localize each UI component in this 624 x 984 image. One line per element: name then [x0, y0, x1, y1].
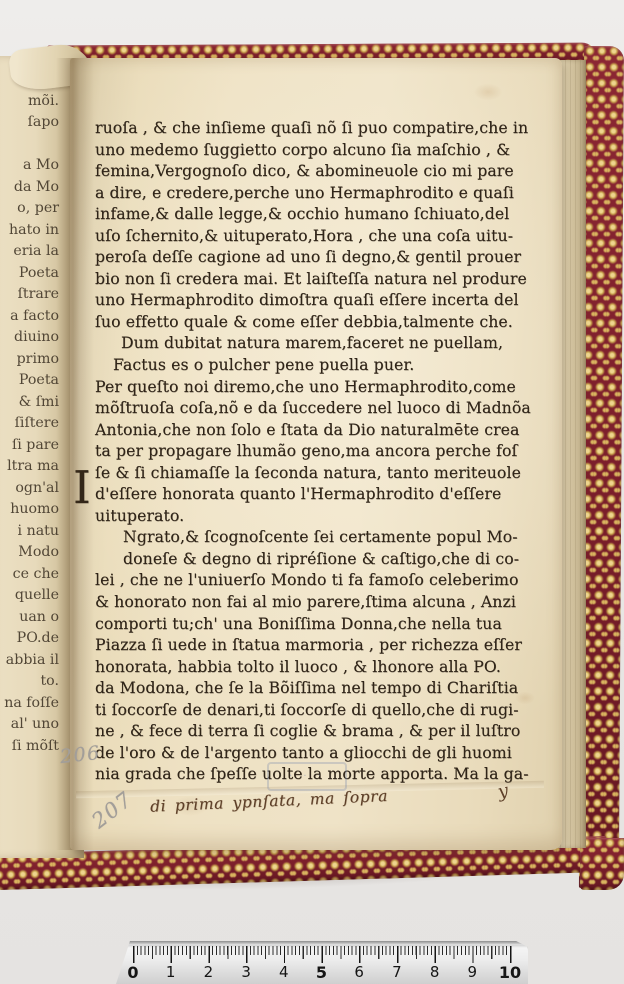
fore-edge-fragment: diuino — [0, 327, 62, 349]
fore-edge-fragment: ſi pare — [0, 434, 62, 456]
fore-edge-fragment: ltra ma — [0, 456, 62, 478]
ruler-number: 8 — [423, 963, 447, 981]
ruler-number: 3 — [234, 963, 258, 981]
ruler-cm-ticks — [133, 946, 513, 963]
printed-line: ruoſa , & che inſieme quaſi nõ ſi puo co… — [95, 117, 547, 139]
printed-line: infame,& dalle legge,& occhio humano ſch… — [95, 203, 547, 225]
ruler-number: 7 — [385, 963, 409, 981]
ruler-number: 5 — [310, 963, 334, 982]
printed-line: femina,Vergognoſo dico, & abomineuole ci… — [95, 160, 547, 182]
printed-line: peroſa deſſe cagione ad uno ſi degno,& g… — [95, 246, 547, 268]
printed-line: d'eſſere honorata quanto l'Hermaphrodito… — [95, 483, 547, 505]
fore-edge-fragment: Poeta — [0, 262, 62, 284]
drop-cap-initial: I — [73, 466, 91, 509]
fore-edge-fragment: quelle — [0, 585, 62, 607]
ruler-number: 9 — [460, 963, 484, 981]
ruler-number: 0 — [121, 963, 145, 982]
fore-edge-fragment: Poeta — [0, 370, 62, 392]
ruler-top-edge — [116, 941, 528, 945]
fore-edge-fragment: eria la — [0, 241, 62, 263]
printed-line: uſo ſchernito,& uituperato,Hora , che un… — [95, 225, 547, 247]
ruler-number: 10 — [498, 963, 522, 982]
fore-edge-fragment: ogn'al — [0, 477, 62, 499]
fore-edge-fragment: to. — [0, 671, 62, 693]
printed-line: da Modona, che ſe la Bõiſſima nel tempo … — [95, 677, 547, 699]
fore-edge-fragment: a facto — [0, 305, 62, 327]
fore-edge-fragment: Modo — [0, 542, 62, 564]
printed-line: de l'oro & de l'argento tanto a gliocchi… — [95, 742, 547, 764]
faint-library-stamp: · · · — [267, 762, 347, 791]
printed-line: uno Hermaphrodito dimoſtra quaſi eſſere … — [95, 289, 547, 311]
printed-line: Piazza ſi uede in ſtatua marmoria , per … — [95, 634, 547, 656]
centimeter-ruler: 012345678910 — [116, 941, 528, 984]
fore-edge-fragment: na foſſe — [0, 692, 62, 714]
ruler-number: 2 — [196, 963, 220, 981]
fore-edge-fragment: ſapo — [0, 112, 62, 134]
printed-line: doneſe & degno di ripréſione & caſtigo,c… — [95, 548, 547, 570]
printed-line: uno medemo ſuggietto corpo alcuno ſia ma… — [95, 139, 547, 161]
printed-line: ta per propagare lhumão geno,ma ancora p… — [95, 440, 547, 462]
fore-edge-fragment: abbia il — [0, 649, 62, 671]
fore-edge-fragment: a Mo — [0, 155, 62, 177]
printed-line: uituperato. — [95, 505, 547, 527]
fore-edge-fragment: mõi. — [0, 90, 62, 112]
fore-edge-fragment: al' uno — [0, 714, 62, 736]
fore-edge-fragment: o, per — [0, 198, 62, 220]
fore-edge-fragment: primo — [0, 348, 62, 370]
printed-line: ne , & fece di terra ſi coglie & brama ,… — [95, 720, 547, 742]
printed-line: Ngrato,& ſcognoſcente ſei certamente pop… — [95, 526, 547, 548]
printed-line: & honorato non fai al mio parere,ſtima a… — [95, 591, 547, 613]
fore-edge-fragment: huomo — [0, 499, 62, 521]
printed-line: ſe & ſi chiamaſſe la ſeconda natura, tan… — [95, 462, 547, 484]
printed-line: comporti tu;ch' una Boniſſima Donna,che … — [95, 613, 547, 635]
printed-line: a dire, e credere,perche uno Hermaphrodi… — [95, 182, 547, 204]
fore-edge-fragment: ſiſtere — [0, 413, 62, 435]
fore-edge-fragment: i natu — [0, 520, 62, 542]
fore-edge-text-column: mõi.ſapoa Moda Moo, perhato ineria laPoe… — [0, 90, 62, 757]
ruler-number: 1 — [159, 963, 183, 981]
fore-edge-fragment: ſi mõſt — [0, 735, 62, 757]
ruler-number: 4 — [272, 963, 296, 981]
book-page: ruoſa , & che inſieme quaſi nõ ſi puo co… — [70, 58, 562, 850]
printed-line: ti ſoccorſe de denari,ti ſoccorſe di que… — [95, 699, 547, 721]
fore-edge-fragment — [0, 133, 62, 155]
printed-line: mõſtruoſa coſa,nõ e da ſuccedere nel luo… — [95, 397, 547, 419]
fore-edge-fragment: ce che — [0, 563, 62, 585]
printed-line: Dum dubitat natura marem,faceret ne puel… — [95, 332, 547, 354]
fore-edge-fragment: ſtrare — [0, 284, 62, 306]
ruler-ticks — [133, 946, 513, 963]
printed-line: lei , che ne l'uniuerſo Mondo ti fa famo… — [95, 569, 547, 591]
printed-line: Antonia,che non ſolo e ſtata da Dio natu… — [95, 419, 547, 441]
pencil-folio-number-206: 206 — [59, 742, 102, 768]
fore-edge-fragment: hato in — [0, 219, 62, 241]
printed-line: honorata, habbia tolto il luoco , & lhon… — [95, 656, 547, 678]
printed-line: Per queſto noi diremo,che uno Hermaphrod… — [95, 376, 547, 398]
fore-edge-fragment: uan o — [0, 606, 62, 628]
printed-text-block: ruoſa , & che inſieme quaſi nõ ſi puo co… — [95, 117, 547, 785]
fore-edge-fragment: & ſmi — [0, 391, 62, 413]
ruler-number: 6 — [347, 963, 371, 981]
printed-line: ſuo effetto quale & come eſſer debbia,ta… — [95, 311, 547, 333]
fore-edge-fragment: PO.de — [0, 628, 62, 650]
fore-edge-fragment: da Mo — [0, 176, 62, 198]
leather-bottom-right-corner — [580, 838, 624, 890]
printed-line: Factus es o pulcher pene puella puer. — [95, 354, 547, 376]
printed-line: bio non ſi credera mai. Et laiſteſſa nat… — [95, 268, 547, 290]
